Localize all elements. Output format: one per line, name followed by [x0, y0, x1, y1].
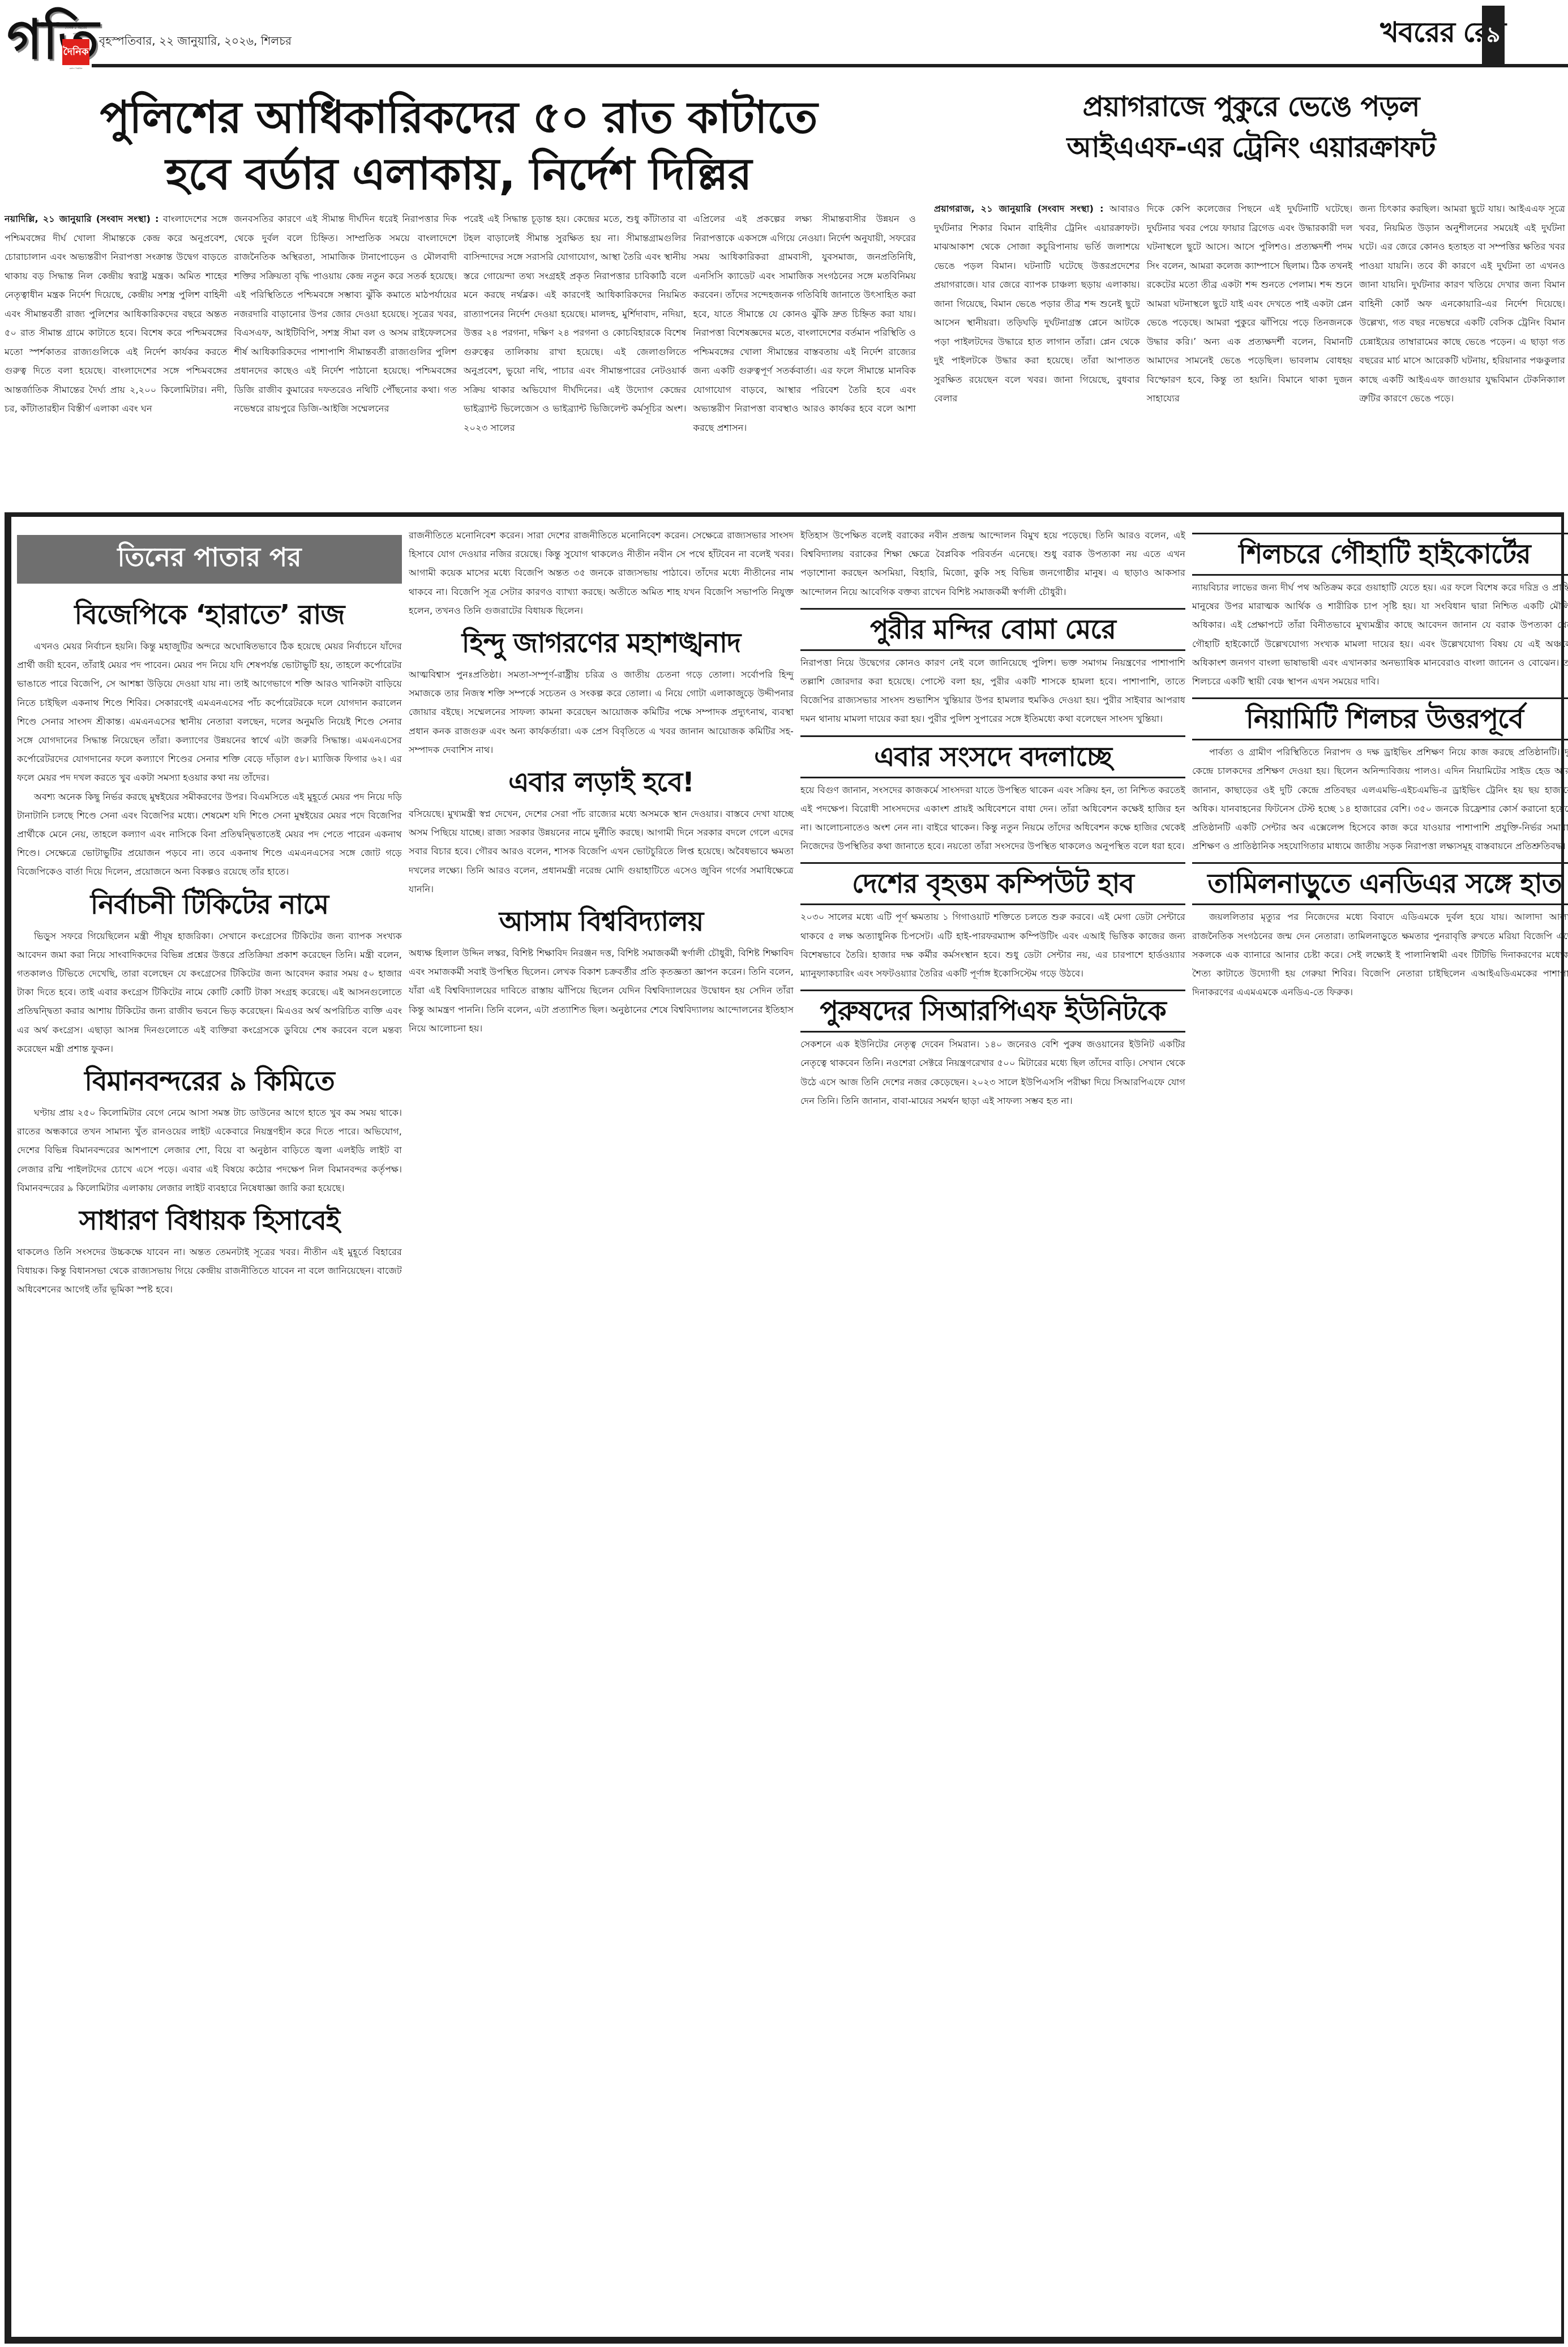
story-headline: পুরীর মন্দির বোমা মেরে — [800, 608, 1185, 651]
side-text: আবারও দুর্ঘটনার শিকার বিমান বাহিনীর ট্রে… — [934, 203, 1140, 404]
side-text: জন্য চিৎকার করছিল। আমরা ছুটে যায়। আইএএফ… — [1359, 199, 1565, 408]
story-text: ন্যায়বিচার লাভের জন্য দীর্ঘ পথ অতিক্রম … — [1192, 578, 1568, 691]
side-dateline: প্রয়াগরাজ, ২১ জানুয়ারি (সংবাদ সংস্থা) … — [934, 203, 1103, 214]
continued-column-2: রাজনীতিতে মনোনিবেশ করেন। সারা দেশের রাজন… — [409, 526, 794, 2331]
story-headline: দেশের বৃহত্তম কম্পিউট হাব — [800, 862, 1185, 905]
lead-headline-line2: হবে বর্ডার এলাকায়, নির্দেশ দিল্লির — [166, 149, 752, 200]
story-text: রাজনীতিতে মনোনিবেশ করেন। সারা দেশের রাজন… — [409, 526, 794, 620]
story-text: এখনও মেয়র নির্বাচন হয়নি। কিন্তু মহাজুট… — [17, 637, 402, 787]
side-text: দিকে কেপি কলেজের পিছনে এই দুর্ঘটনাটি ঘটে… — [1147, 199, 1353, 408]
lead-headline-line1: পুলিশের আধিকারিকদের ৫০ রাত কাটাতে — [100, 92, 817, 143]
badge-tagline: দৈনিক ৫ বছরের পথে — [62, 25, 89, 37]
badge-contact: ফোন / ইমেইল — [62, 67, 89, 70]
story-headline: নির্বাচনী টিকিটের নামে — [17, 885, 402, 924]
masthead-rule — [92, 64, 1568, 67]
story-text: অধ্যক্ষ হিলাল উদ্দিন লস্কর, বিশিষ্ট শিক্… — [409, 944, 794, 1038]
story-headline: শিলচরে গৌহাটি হাইকোর্টের — [1192, 533, 1568, 576]
story-headline: সাধারণ বিধায়ক হিসাবেই — [17, 1201, 402, 1240]
page-number: ৯ — [1482, 6, 1505, 67]
lead-dateline: নয়াদিল্লি, ২১ জানুয়ারি (সংবাদ সংস্থা) … — [5, 213, 159, 224]
story-headline: আসাম বিশ্ববিদ্যালয় — [409, 902, 794, 941]
story-text: অবশ্য অনেক কিছু নির্ভর করছে মুম্বইয়ের স… — [17, 787, 402, 881]
continued-column-3: ইতিহাস উপেক্ষিত বলেই বরাকের নবীন প্রজন্ম… — [800, 526, 1185, 2331]
side-headline-line2: আইএএফ-এর ট্রেনিং এয়ারক্রাফট — [1066, 131, 1435, 164]
lead-text: পরেই এই সিদ্ধান্ত চূড়ান্ত হয়। কেন্দ্রে… — [464, 209, 687, 437]
continued-column-4: শিলচরে গৌহাটি হাইকোর্টের ন্যায়বিচার লাভ… — [1192, 526, 1568, 2331]
side-column-1: প্রয়াগরাজ, ২১ জানুয়ারি (সংবাদ সংস্থা) … — [934, 199, 1140, 516]
lead-text: এপ্রিলের এই প্রকল্পের লক্ষ্য সীমান্তবাসী… — [693, 209, 916, 437]
story-headline: হিন্দু জাগরণের মহাশঙ্খনাদ — [409, 623, 794, 663]
continued-column-1: তিনের পাতার পর বিজেপিকে ‘হারাতে’ রাজ এখন… — [17, 526, 402, 2331]
story-text: ইতিহাস উপেক্ষিত বলেই বরাকের নবীন প্রজন্ম… — [800, 526, 1185, 601]
story-text: সেকশনে এক ইউনিটের নেতৃত্ব দেবেন সিমরান। … — [800, 1035, 1185, 1110]
lead-headline: পুলিশের আধিকারিকদের ৫০ রাত কাটাতে হবে বর… — [17, 89, 900, 203]
story-headline: এবার সংসদে বদলাচ্ছে — [800, 735, 1185, 778]
story-headline: নিয়ামিটি শিলচর উত্তরপূর্বে — [1192, 697, 1568, 740]
story-headline: বিজেপিকে ‘হারাতে’ রাজ — [17, 595, 402, 635]
story-text: ভিড়ুস সফরে গিয়েছিলেন মন্ত্রী পীযূষ হাজ… — [17, 927, 402, 1058]
story-headline: তামিলনাড়ুতে এনডিএর সঙ্গে হাত — [1192, 862, 1568, 905]
side-story-body: প্রয়াগরাজ, ২১ জানুয়ারি (সংবাদ সংস্থা) … — [934, 199, 1565, 516]
lead-column-4: এপ্রিলের এই প্রকল্পের লক্ষ্য সীমান্তবাসী… — [693, 209, 916, 532]
side-headline: প্রয়াগরাজে পুকুরে ভেঙে পড়ল আইএএফ-এর ট্… — [940, 86, 1562, 168]
lead-text: বাংলাদেশের সঙ্গে পশ্চিমবঙ্গের দীর্ঘ খোলা… — [5, 213, 228, 414]
side-column-3: জন্য চিৎকার করছিল। আমরা ছুটে যায়। আইএএফ… — [1359, 199, 1565, 516]
story-text: ২০৩০ সালের মধ্যে এটি পূর্ণ ক্ষমতায় ১ গি… — [800, 907, 1185, 983]
badge-label: দৈনিক — [62, 39, 89, 65]
lead-story-body: নয়াদিল্লি, ২১ জানুয়ারি (সংবাদ সংস্থা) … — [5, 209, 916, 532]
story-text: বসিয়েছে। মুখ্যমন্ত্রী স্বপ্ন দেখেন, দেশ… — [409, 804, 794, 898]
continued-section: তিনের পাতার পর বিজেপিকে ‘হারাতে’ রাজ এখন… — [5, 512, 1564, 2344]
story-text: জয়ললিতার মৃত্যুর পর নিজেদের মধ্যে বিবাদ… — [1192, 907, 1568, 1001]
continued-banner: তিনের পাতার পর — [17, 535, 402, 584]
story-text: আত্মবিশ্বাস পুনঃপ্রতিষ্ঠা। সমতা-সম্পূর্ণ… — [409, 665, 794, 759]
logo-badge: দৈনিক ৫ বছরের পথে দৈনিক ফোন / ইমেইল — [62, 25, 89, 75]
story-text: হয়ে বিগুণ জানান, সংসদের কাজকর্মে সাংসদর… — [800, 781, 1185, 856]
lead-column-2: জনবসতির কারণে এই সীমান্ত দীর্ঘদিন ধরেই ন… — [234, 209, 457, 532]
lead-column-1: নয়াদিল্লি, ২১ জানুয়ারি (সংবাদ সংস্থা) … — [5, 209, 228, 532]
side-headline-line1: প্রয়াগরাজে পুকুরে ভেঙে পড়ল — [1083, 90, 1420, 123]
side-column-2: দিকে কেপি কলেজের পিছনে এই দুর্ঘটনাটি ঘটে… — [1147, 199, 1353, 516]
story-text: ঘণ্টায় প্রায় ২৫০ কিলোমিটার বেগে নেমে আ… — [17, 1103, 402, 1197]
story-text: পার্বত্য ও গ্রামীণ পরিস্থিতিতে নিরাপদ ও … — [1192, 743, 1568, 855]
story-headline: এবার লড়াই হবে! — [409, 763, 794, 802]
story-headline: বিমানবন্দরের ৯ কিমিতে — [17, 1061, 402, 1101]
issue-dateline: বৃহস্পতিবার, ২২ জানুয়ারি, ২০২৬, শিলচর — [99, 33, 292, 52]
newspaper-logo: গতি — [7, 6, 58, 76]
story-text: নিরাপত্তা নিয়ে উদ্বেগের কোনও কারণ নেই ব… — [800, 653, 1185, 729]
story-text: থাকলেও তিনি সংসদের উচ্চকক্ষে যাবেন না। অ… — [17, 1243, 402, 1299]
lead-text: জনবসতির কারণে এই সীমান্ত দীর্ঘদিন ধরেই ন… — [234, 209, 457, 418]
masthead: গতি দৈনিক ৫ বছরের পথে দৈনিক ফোন / ইমেইল … — [0, 0, 1568, 76]
story-headline: পুরুষদের সিআরপিএফ ইউনিটকে — [800, 990, 1185, 1033]
lead-column-3: পরেই এই সিদ্ধান্ত চূড়ান্ত হয়। কেন্দ্রে… — [464, 209, 687, 532]
